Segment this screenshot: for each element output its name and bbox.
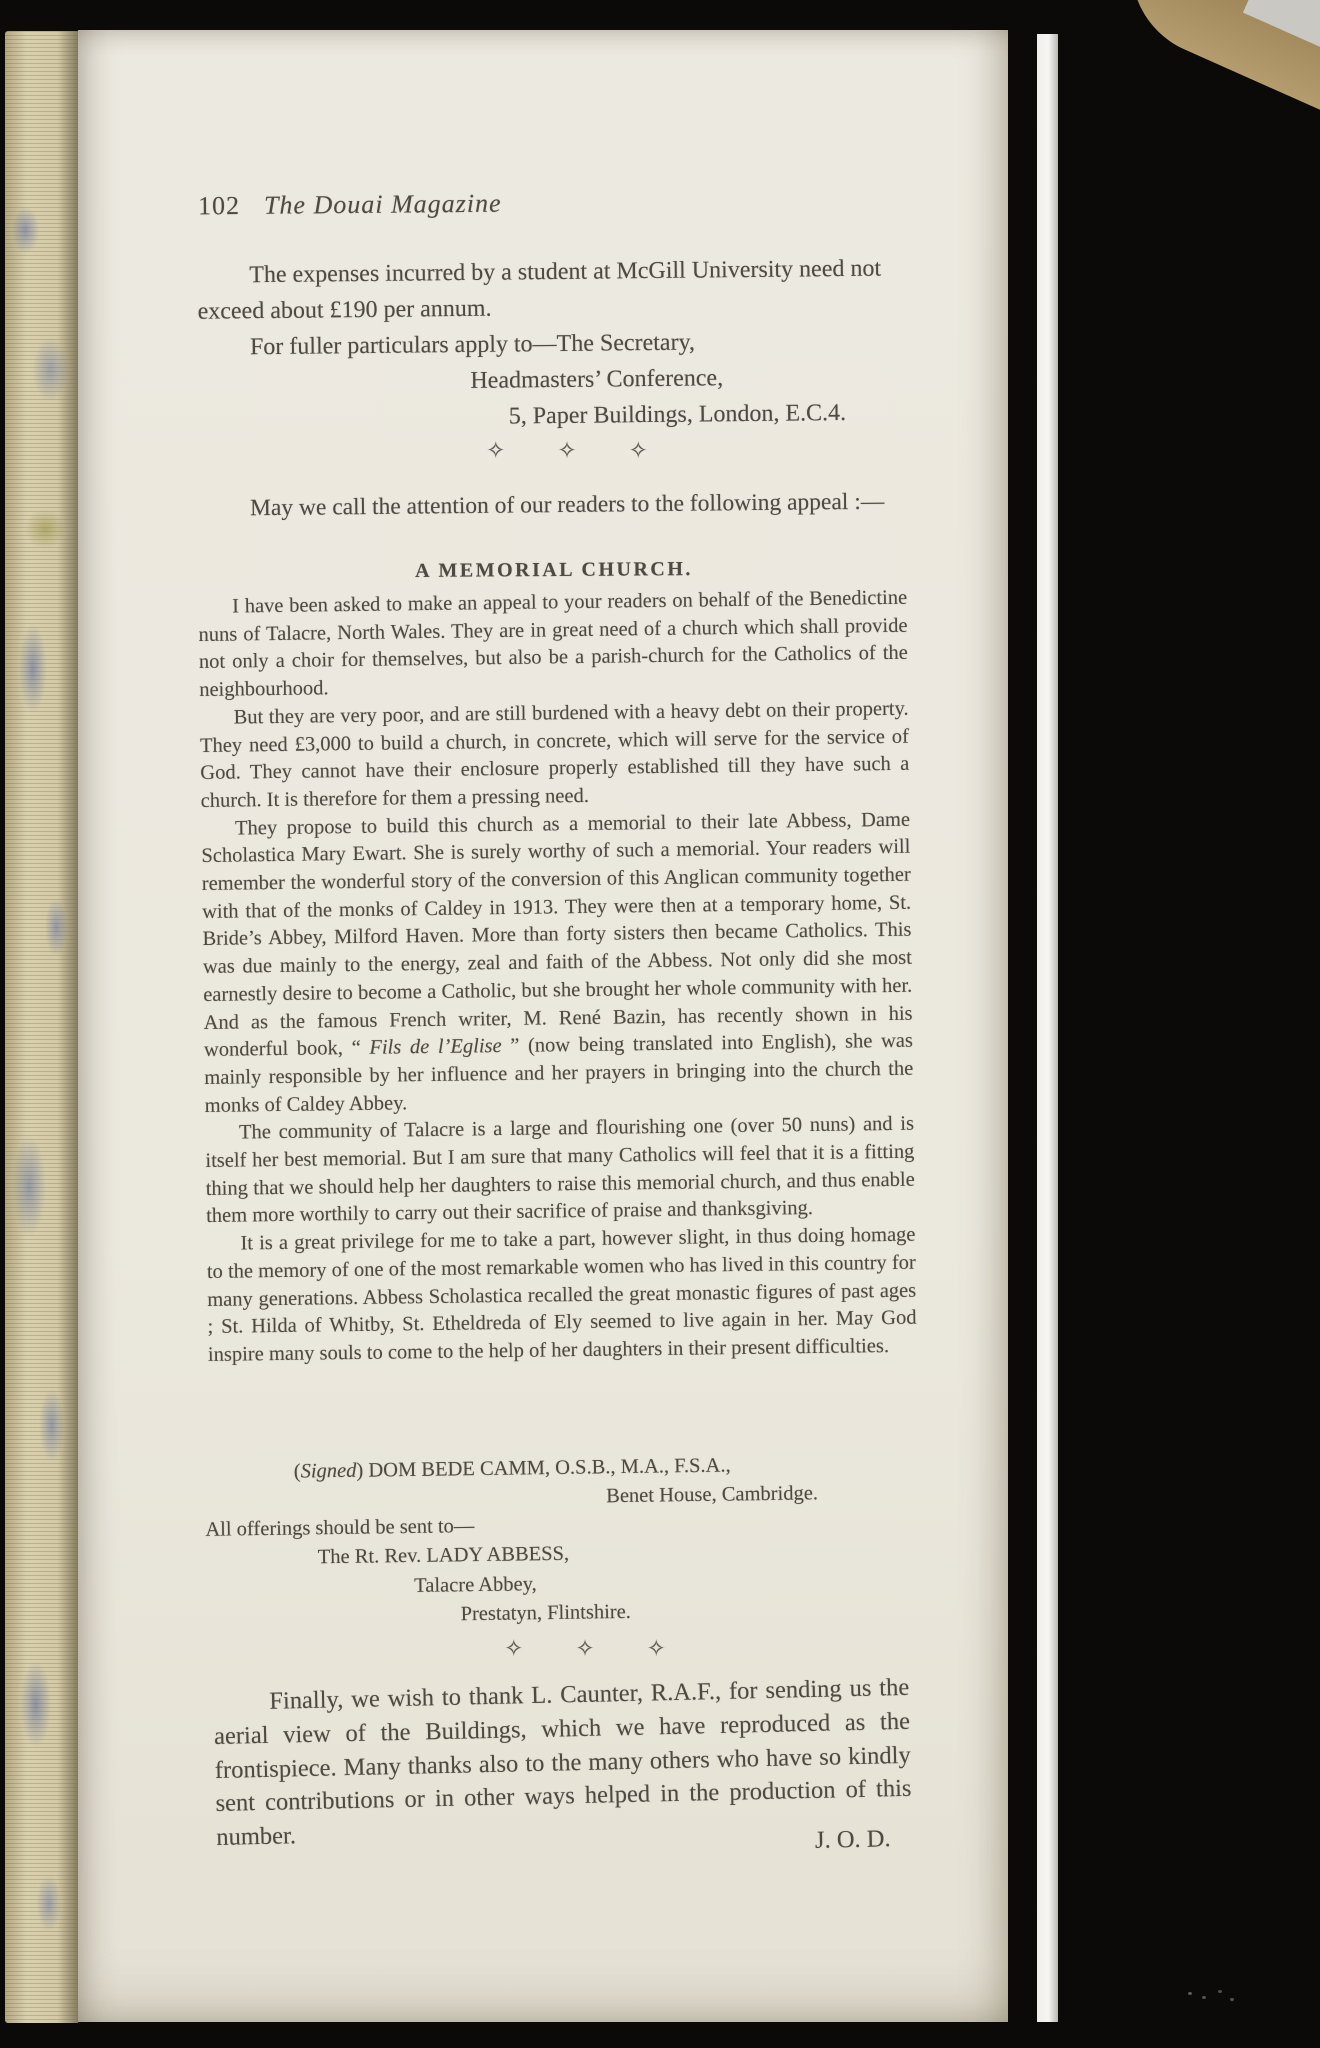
- paragraph-appeal-1: I have been asked to make an appeal to y…: [198, 585, 908, 705]
- paragraph-appeal-3-text: They propose to build this church as a m…: [201, 808, 912, 1061]
- facing-page-edge: [1037, 34, 1058, 2022]
- address-line-paper-buildings: 5, Paper Buildings, London, E.C.4.: [509, 394, 915, 434]
- offerings-block: All offerings should be sent to— The Rt.…: [197, 1506, 908, 1634]
- signed-word-italic: Signed: [300, 1460, 356, 1483]
- paragraph-expenses: The expenses incurred by a student at Mc…: [197, 250, 914, 329]
- appeal-intro-block: May we call the attention of our readers…: [198, 482, 928, 528]
- book-title-italic: Fils de l’Eglise: [369, 1035, 502, 1059]
- page-stack-marbled-edge: [5, 31, 78, 2023]
- paragraph-appeal-3: They propose to build this church as a m…: [201, 806, 914, 1120]
- address-line-conference: Headmasters’ Conference,: [470, 358, 914, 399]
- page-number: 102: [198, 191, 240, 220]
- scan-background: { "page": { "number": "102", "journal_ti…: [0, 0, 1320, 2048]
- intro-block: The expenses incurred by a student at Mc…: [197, 250, 915, 437]
- journal-title: The Douai Magazine: [264, 189, 502, 220]
- ornament-diamonds-bottom: ✧ ✧ ✧: [406, 1636, 766, 1662]
- book-page: 102The Douai Magazine The expenses incur…: [78, 30, 1008, 2022]
- paragraph-closing: Finally, we wish to thank L. Caunter, R.…: [213, 1671, 913, 1855]
- section-heading: A MEMORIAL CHURCH.: [198, 557, 910, 585]
- closing-block: Finally, we wish to thank L. Caunter, R.…: [213, 1671, 913, 1855]
- paragraph-appeal-5: It is a great privilege for me to take a…: [206, 1222, 917, 1370]
- pencil-marks: [1188, 1992, 1192, 1995]
- signed-name: ) DOM BEDE CAMM, O.S.B., M.A., F.S.A.,: [356, 1455, 731, 1482]
- offerings-line-prestatyn: Prestatyn, Flintshire.: [460, 1594, 907, 1630]
- page-header: 102The Douai Magazine: [198, 189, 502, 222]
- appeal-body: I have been asked to make an appeal to y…: [198, 585, 917, 1370]
- ornament-diamonds-top: ✧ ✧ ✧: [388, 438, 748, 464]
- editor-initials: J. O. D.: [815, 1825, 891, 1855]
- paragraph-may-we-call: May we call the attention of our readers…: [198, 482, 928, 528]
- paragraph-appeal-2: But they are very poor, and are still bu…: [199, 696, 909, 816]
- paragraph-appeal-4: The community of Talacre is a large and …: [205, 1111, 915, 1231]
